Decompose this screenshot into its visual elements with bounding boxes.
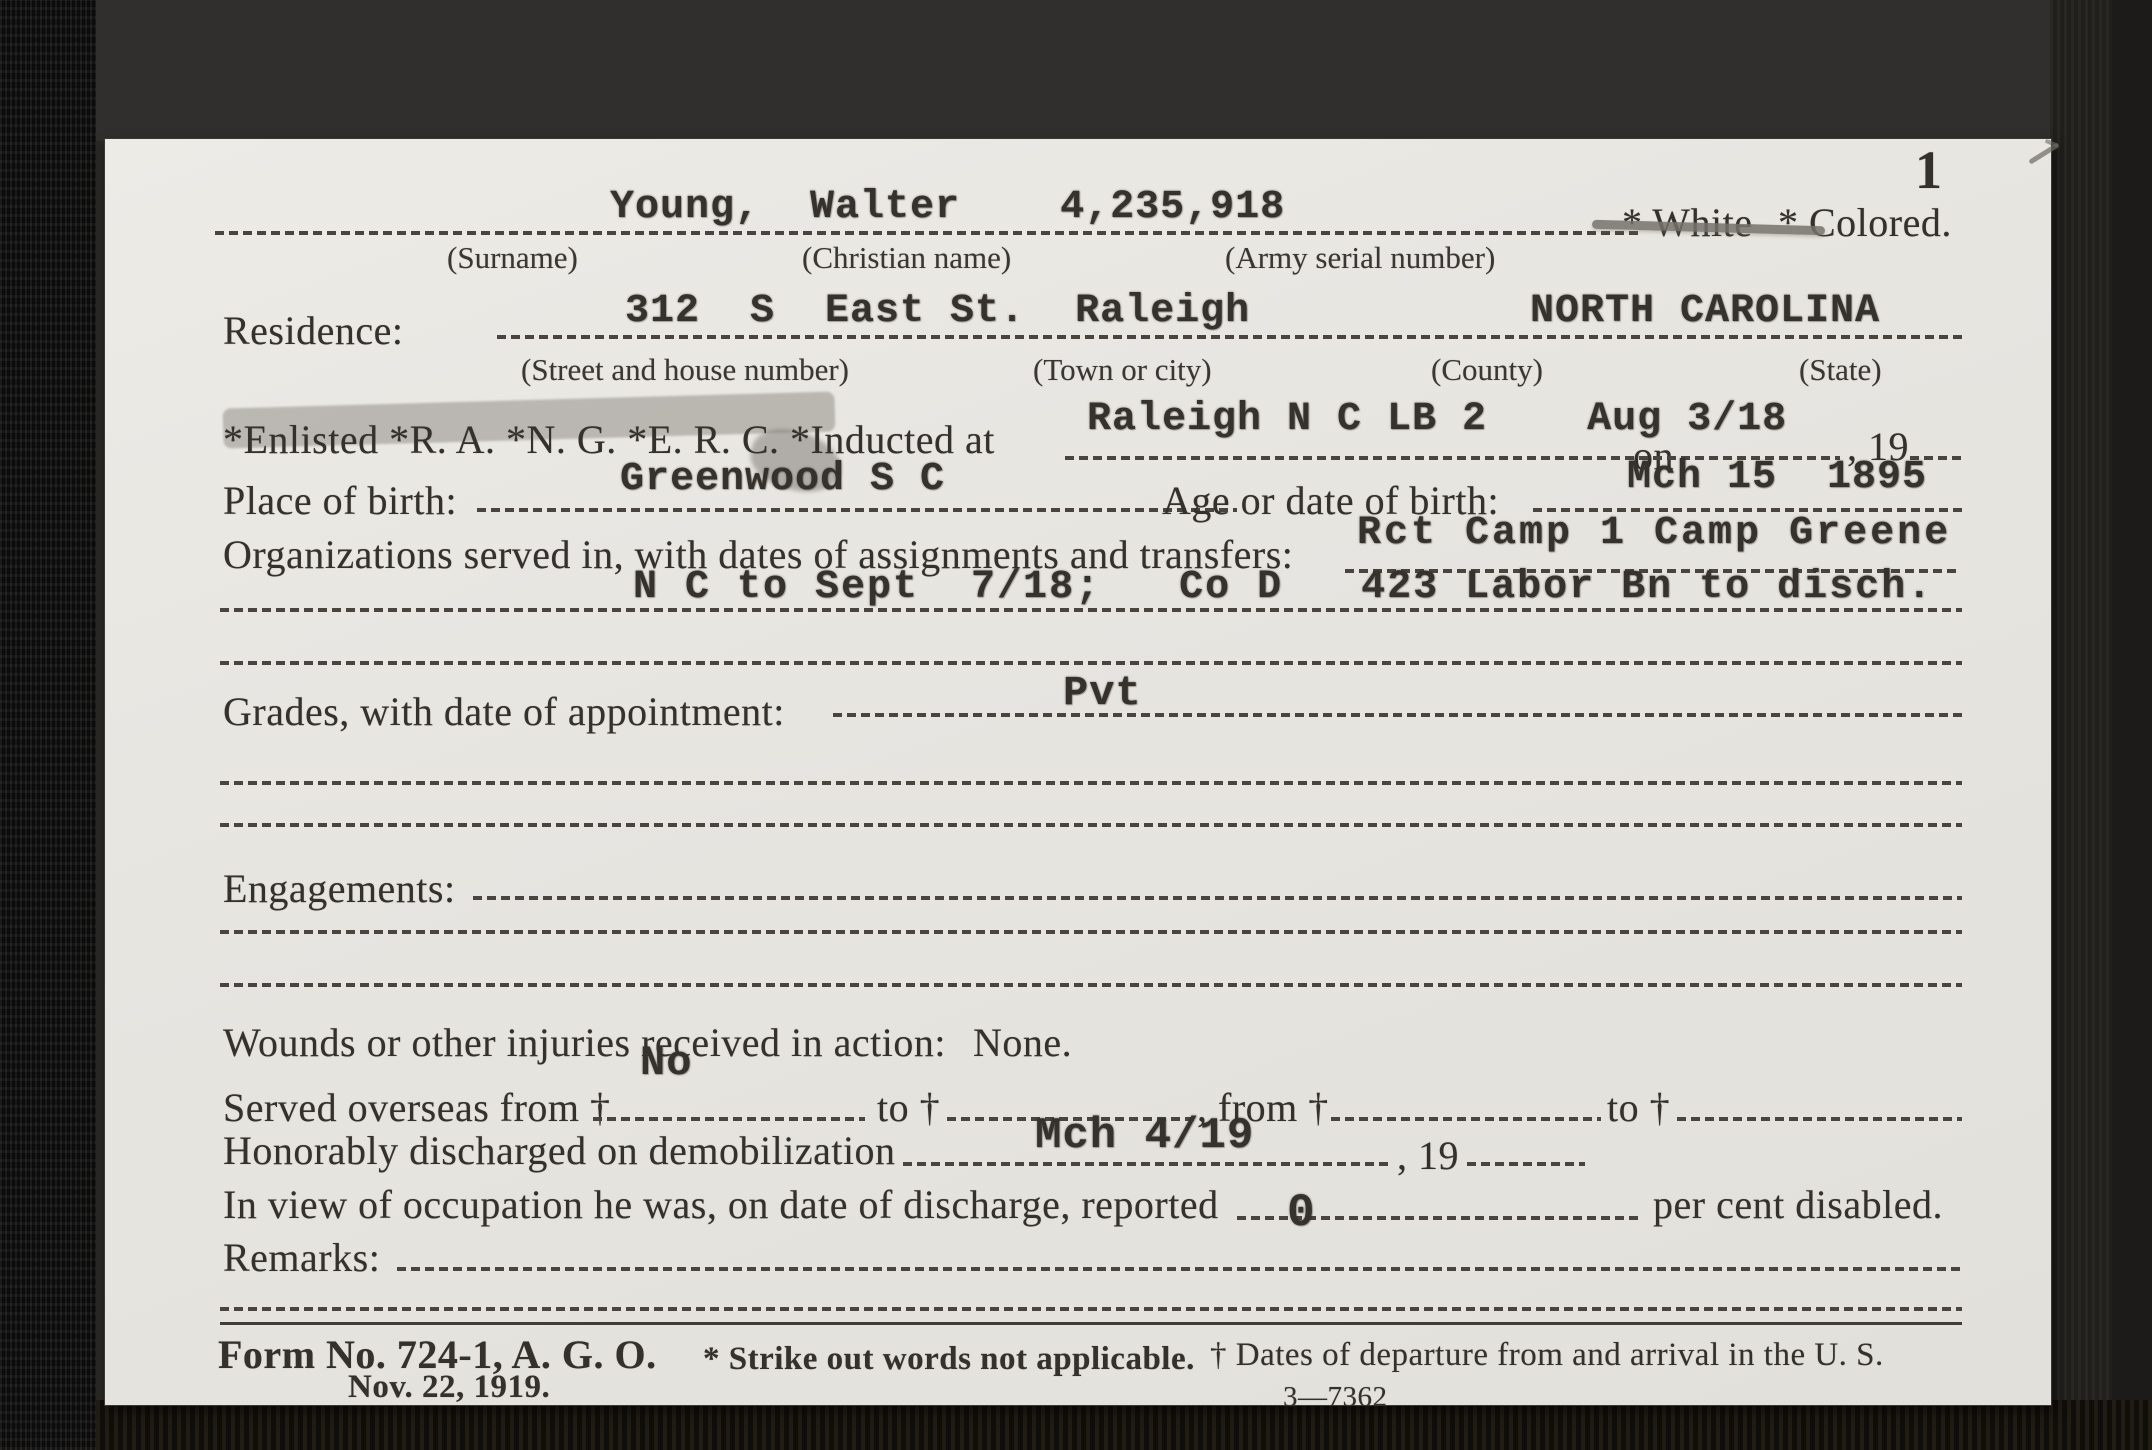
state-label: (State) [1799, 352, 1882, 388]
discharge-year-19-label: , 19 [1397, 1132, 1459, 1179]
discharge-date-value: Mch 4/19 [1035, 1111, 1254, 1161]
dotted-rule [220, 661, 1962, 665]
engagements-label: Engagements: [223, 865, 456, 912]
solid-rule [220, 1322, 1962, 1325]
residence-state-value: NORTH CAROLINA [1530, 289, 1880, 334]
enlisted-inducted-label: *Enlisted *R. A. *N. G. *E. R. C. *Induc… [223, 416, 995, 463]
overseas-no-value: No [640, 1039, 692, 1087]
wounds-label: Wounds or other injuries received in act… [223, 1019, 946, 1066]
per-cent-disabled-label: per cent disabled. [1653, 1181, 1943, 1228]
page-number: 1 [1915, 139, 1943, 201]
dotted-rule [397, 1267, 1962, 1271]
dotted-rule [1677, 1117, 1962, 1121]
place-of-birth-value: Greenwood S C [620, 457, 945, 502]
dotted-rule [1467, 1162, 1585, 1166]
disability-label: In view of occupation he was, on date of… [223, 1181, 1219, 1228]
dotted-rule [220, 1307, 1962, 1311]
army-serial-number-label: (Army serial number) [1225, 240, 1495, 276]
dotted-rule [477, 508, 1237, 512]
disability-percent-value: 0 [1287, 1187, 1316, 1239]
dagger-note: † Dates of departure from and arrival in… [1210, 1337, 1884, 1374]
dotted-rule [220, 983, 1962, 987]
street-number-label: (Street and house number) [521, 352, 849, 388]
dotted-rule [833, 713, 1962, 717]
overseas-to1-label: to † [877, 1084, 940, 1131]
scan-background-top [96, 0, 2152, 141]
grades-label: Grades, with date of appointment: [223, 688, 785, 735]
dotted-rule [220, 781, 1962, 785]
organizations-value-line1: Rct Camp 1 Camp Greene [1357, 511, 1951, 556]
dotted-rule [1331, 1117, 1601, 1121]
grade-value: Pvt [1063, 669, 1142, 717]
dotted-rule [473, 896, 1962, 900]
residence-street-town-value: 312 S East St. Raleigh [625, 289, 1250, 334]
place-of-birth-label: Place of birth: [223, 477, 457, 524]
strike-out-note: * Strike out words not applicable. [703, 1341, 1195, 1378]
discharged-label: Honorably discharged on demobilization [223, 1127, 896, 1174]
organizations-value-line2: N C to Sept 7/18; Co D 423 Labor Bn to d… [633, 565, 1933, 610]
remarks-label: Remarks: [223, 1234, 380, 1281]
dotted-rule [593, 1117, 865, 1121]
scanned-page: 1 Young, Walter 4,235,918 * White * Colo… [0, 0, 2152, 1450]
dotted-rule [220, 608, 1962, 612]
scan-binding-edge [0, 0, 96, 1450]
wounds-value: None. [973, 1019, 1072, 1066]
dotted-rule [903, 1162, 1393, 1166]
overseas-from1-label: Served overseas from † [223, 1084, 611, 1131]
service-record-card: 1 Young, Walter 4,235,918 * White * Colo… [105, 139, 2051, 1405]
dotted-rule [220, 930, 1962, 934]
county-label: (County) [1431, 352, 1543, 388]
name-serial-typed-value: Young, Walter 4,235,918 [610, 185, 1285, 230]
town-city-label: (Town or city) [1033, 352, 1212, 388]
dotted-rule [215, 231, 1640, 235]
form-date: Nov. 22, 1919. [348, 1369, 550, 1406]
race-option-colored: * Colored. [1778, 199, 1952, 246]
surname-label: (Surname) [447, 240, 578, 276]
dotted-rule [497, 335, 1962, 339]
date-of-birth-value: Mch 15 1895 [1627, 455, 1927, 500]
print-code: 3—7362 [1283, 1381, 1388, 1414]
inducted-place-date-value: Raleigh N C LB 2 Aug 3/18 [1087, 397, 1787, 442]
scan-background-bottom [96, 1400, 2152, 1450]
residence-label: Residence: [223, 307, 404, 354]
christian-name-label: (Christian name) [802, 240, 1011, 276]
dotted-rule [220, 823, 1962, 827]
overseas-to2-label: to † [1607, 1084, 1670, 1131]
scan-background-right-edge [2112, 0, 2152, 1450]
